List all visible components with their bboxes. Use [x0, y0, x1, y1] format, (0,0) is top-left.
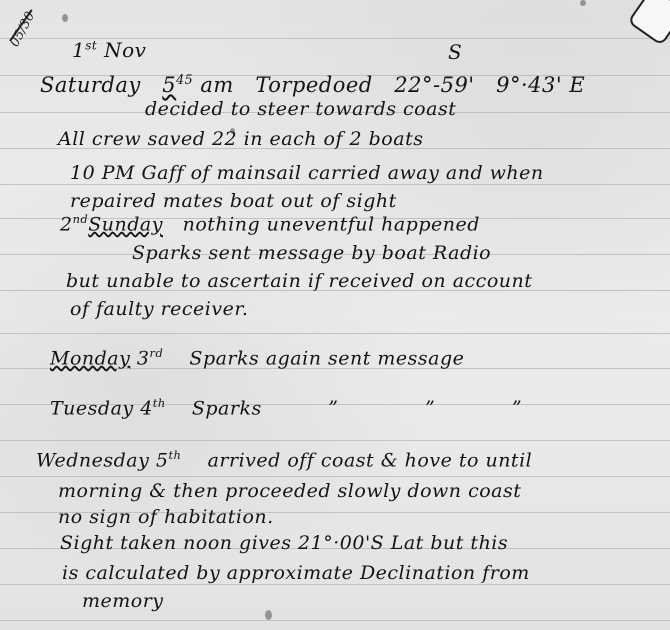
entry-line: decided to steer towards coast [145, 98, 456, 120]
day-label: Saturday [40, 73, 141, 97]
ink-speck [265, 610, 272, 620]
time-suffix: am [200, 73, 233, 97]
ruled-line [0, 476, 670, 477]
entry-line: but unable to ascertain if received on a… [66, 270, 532, 292]
diary-page: 05/30 1st Nov S Saturday 545 am Torpedoe… [0, 0, 670, 630]
wednesday-line: Wednesday 5th arrived off coast & hove t… [36, 448, 532, 471]
day-sup: nd [73, 212, 89, 226]
time: 5 [162, 73, 176, 97]
event-text: Sparks [192, 397, 262, 419]
ruled-line [0, 620, 670, 621]
hemisphere-mark: S [448, 40, 462, 64]
entry-line: no sign of habitation. [58, 506, 274, 528]
date-num: 3 [137, 347, 150, 369]
monday-line: Monday 3rd Sparks again sent message [50, 346, 464, 369]
ink-speck [62, 14, 68, 22]
ditto-mark: ” [328, 397, 338, 419]
date-day: 1 [72, 38, 85, 62]
date-sup: th [168, 448, 181, 462]
date-suffix: st [85, 38, 97, 52]
entry-line: 10 PM Gaff of mainsail carried away and … [70, 162, 544, 184]
entry-line: Sight taken noon gives 21°·00'S Lat but … [60, 532, 508, 554]
event-text: Sparks again sent message [189, 347, 464, 369]
day-label: Wednesday [36, 449, 149, 471]
entry-line: repaired mates boat out of sight [70, 190, 397, 212]
entry-line: Sparks sent message by boat Radio [132, 242, 491, 264]
event-text: Torpedoed [255, 73, 372, 97]
day-label: Sunday [88, 213, 163, 235]
longitude: 9°·43' E [496, 73, 585, 97]
date-month: Nov [104, 38, 146, 62]
ditto-mark: ” [425, 397, 435, 419]
saturday-line: Saturday 545 am Torpedoed 22°-59' 9°·43'… [40, 72, 585, 97]
date-sup: rd [150, 346, 164, 360]
date-num: 5 [156, 449, 169, 471]
date-sup: th [153, 396, 166, 410]
latitude: 22°-59' [394, 73, 474, 97]
entry-line: memory [82, 590, 164, 612]
date-num: 4 [140, 397, 153, 419]
tuesday-line: Tuesday 4th Sparks ” ” ” [50, 396, 522, 419]
event-text: nothing uneventful happened [183, 213, 480, 235]
ruled-line [0, 584, 670, 585]
page-corner-tab [627, 0, 670, 46]
entry-line: of faulty receiver. [70, 298, 248, 320]
day-label: Monday [50, 347, 130, 369]
day-num: 2 [60, 213, 73, 235]
entry-line: is calculated by approximate Declination… [62, 562, 530, 584]
event-text: arrived off coast & hove to until [208, 449, 533, 471]
ditto-mark: ” [512, 397, 522, 419]
ruled-line [0, 440, 670, 441]
entry-date-heading: 1st Nov [72, 38, 146, 62]
day-label: Tuesday [50, 397, 134, 419]
sunday-line: 2ndSunday nothing uneventful happened [60, 212, 480, 235]
ruled-line [0, 333, 670, 334]
ink-speck [580, 0, 586, 6]
ruled-line [0, 184, 670, 185]
entry-line: All crew saved 22 in each of 2 boats [58, 128, 423, 150]
entry-line: morning & then proceeded slowly down coa… [58, 480, 521, 502]
margin-note: 05/30 [7, 9, 38, 49]
time-minutes: 45 [176, 72, 193, 87]
